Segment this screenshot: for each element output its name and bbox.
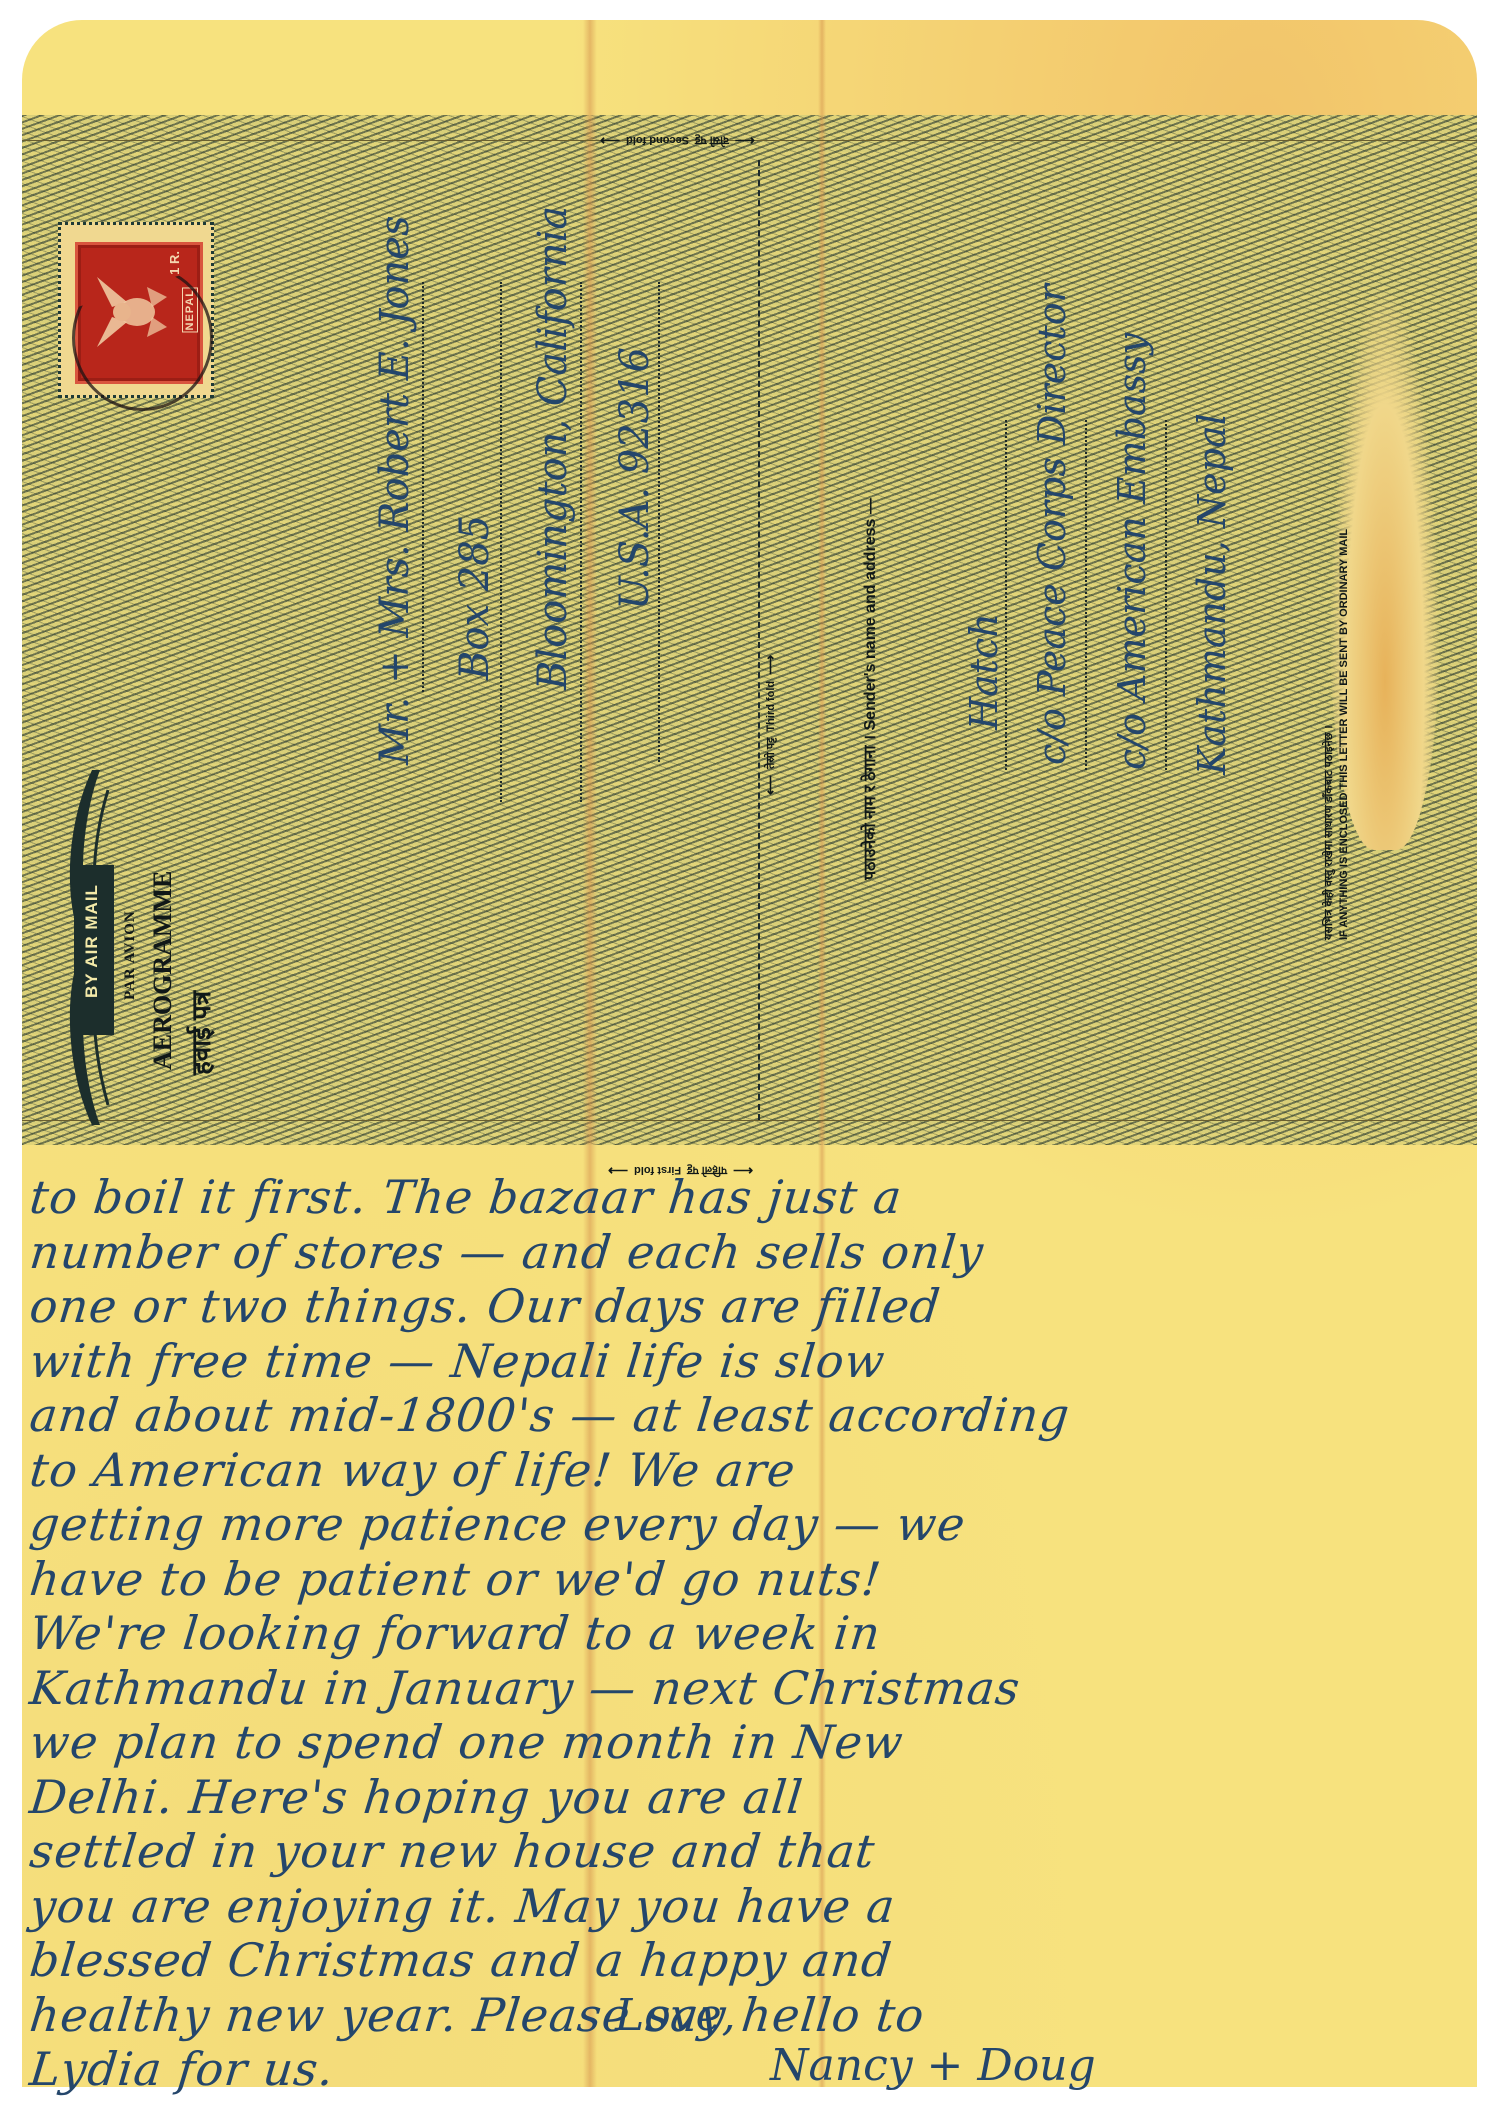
second-fold-label: ⟵ दोस्रो पट्ट Second fold ⟶	[600, 132, 755, 149]
arrow-right-icon: ⟶	[762, 655, 779, 675]
letter-line: settled in your new house and that	[27, 1824, 1473, 1879]
enclosure-notice-english: IF ANYTHING IS ENCLOSED THIS LETTER WILL…	[1337, 529, 1352, 940]
letter-line: blessed Christmas and a happy and	[27, 1933, 1473, 1988]
by-air-mail-label: BY AIR MAIL	[80, 874, 104, 1008]
letter-line: and about mid-1800's — at least accordin…	[27, 1388, 1473, 1443]
enclosure-notice: यसभित्र केही वस्तु राखेमा साधारण डाँकबाट…	[1322, 529, 1352, 940]
arrow-right-icon: ⟶	[600, 132, 620, 149]
sender-address-label: पठाउनेको नाम र ठेगाना । Sender's name an…	[858, 498, 880, 880]
letter-line: Kathmandu in January — next Christmas	[27, 1661, 1473, 1716]
aerogramme-title-hindi: हवाई पत्र	[182, 991, 218, 1075]
sender-guide-line	[1085, 420, 1087, 770]
letter-closing: Love,	[615, 1990, 736, 2041]
letter-line: number of stores — and each sells only	[27, 1225, 1473, 1280]
sender-line-2: c/o Peace Corps Director	[1030, 284, 1074, 765]
letter-body: to boil it first. The bazaar has just a …	[30, 1170, 1470, 2097]
letter-line: you are enjoying it. May you have a	[27, 1879, 1473, 1934]
stamp-value: 1 R.	[167, 251, 182, 275]
letter-line: getting more patience every day — we	[27, 1497, 1473, 1552]
letter-line: healthy new year. Please say hello to	[27, 1988, 1473, 2043]
par-avion-label: PAR AVION	[122, 910, 139, 1000]
recipient-country-zip: U.S.A. 92316	[612, 347, 658, 610]
postage-stamp: 1 R. NEPAL	[58, 222, 214, 398]
sender-line-3: c/o American Embassy	[1110, 333, 1154, 770]
enclosure-notice-hindi: यसभित्र केही वस्तु राखेमा साधारण डाँकबाट…	[1322, 529, 1337, 940]
recipient-box: Box 285	[452, 515, 498, 680]
letter-line: with free time — Nepali life is slow	[27, 1334, 1473, 1389]
footer-rule	[22, 1120, 1477, 1121]
aerogramme-title: AEROGRAMME	[148, 871, 178, 1070]
letter-line: Delhi. Here's hoping you are all	[27, 1770, 1473, 1825]
arrow-left-icon: ⟵	[762, 775, 779, 795]
letter-line: have to be patient or we'd go nuts!	[27, 1552, 1473, 1607]
sender-name: Hatch	[962, 613, 1006, 730]
stamp-face: 1 R. NEPAL	[75, 242, 203, 384]
address-guide-line	[658, 282, 660, 762]
recipient-name: Mr. + Mrs. Robert E. Jones	[372, 216, 418, 765]
arrow-left-icon: ⟵	[735, 132, 755, 149]
address-guide-line	[500, 282, 502, 802]
letter-line: one or two things. Our days are filled	[27, 1279, 1473, 1334]
sender-guide-line	[1165, 420, 1167, 770]
letter-line: we plan to spend one month in New	[27, 1715, 1473, 1770]
letter-line: to American way of life! We are	[27, 1443, 1473, 1498]
address-guide-line	[422, 282, 424, 692]
letter-signature: Nancy + Doug	[770, 2040, 1096, 2091]
printed-security-pattern	[22, 115, 1477, 1145]
recipient-city: Bloomington, California	[530, 206, 576, 690]
letter-line: Lydia for us.	[27, 2042, 1473, 2097]
letter-line: We're looking forward to a week in	[27, 1606, 1473, 1661]
address-guide-line	[580, 282, 582, 802]
third-fold-line	[758, 160, 760, 1120]
third-fold-label: ⟵ तेस्रो पट्ट Third fold ⟶	[762, 655, 779, 795]
sender-line-4: Kathmandu, Nepal	[1190, 413, 1234, 775]
letter-line: to boil it first. The bazaar has just a	[27, 1170, 1473, 1225]
